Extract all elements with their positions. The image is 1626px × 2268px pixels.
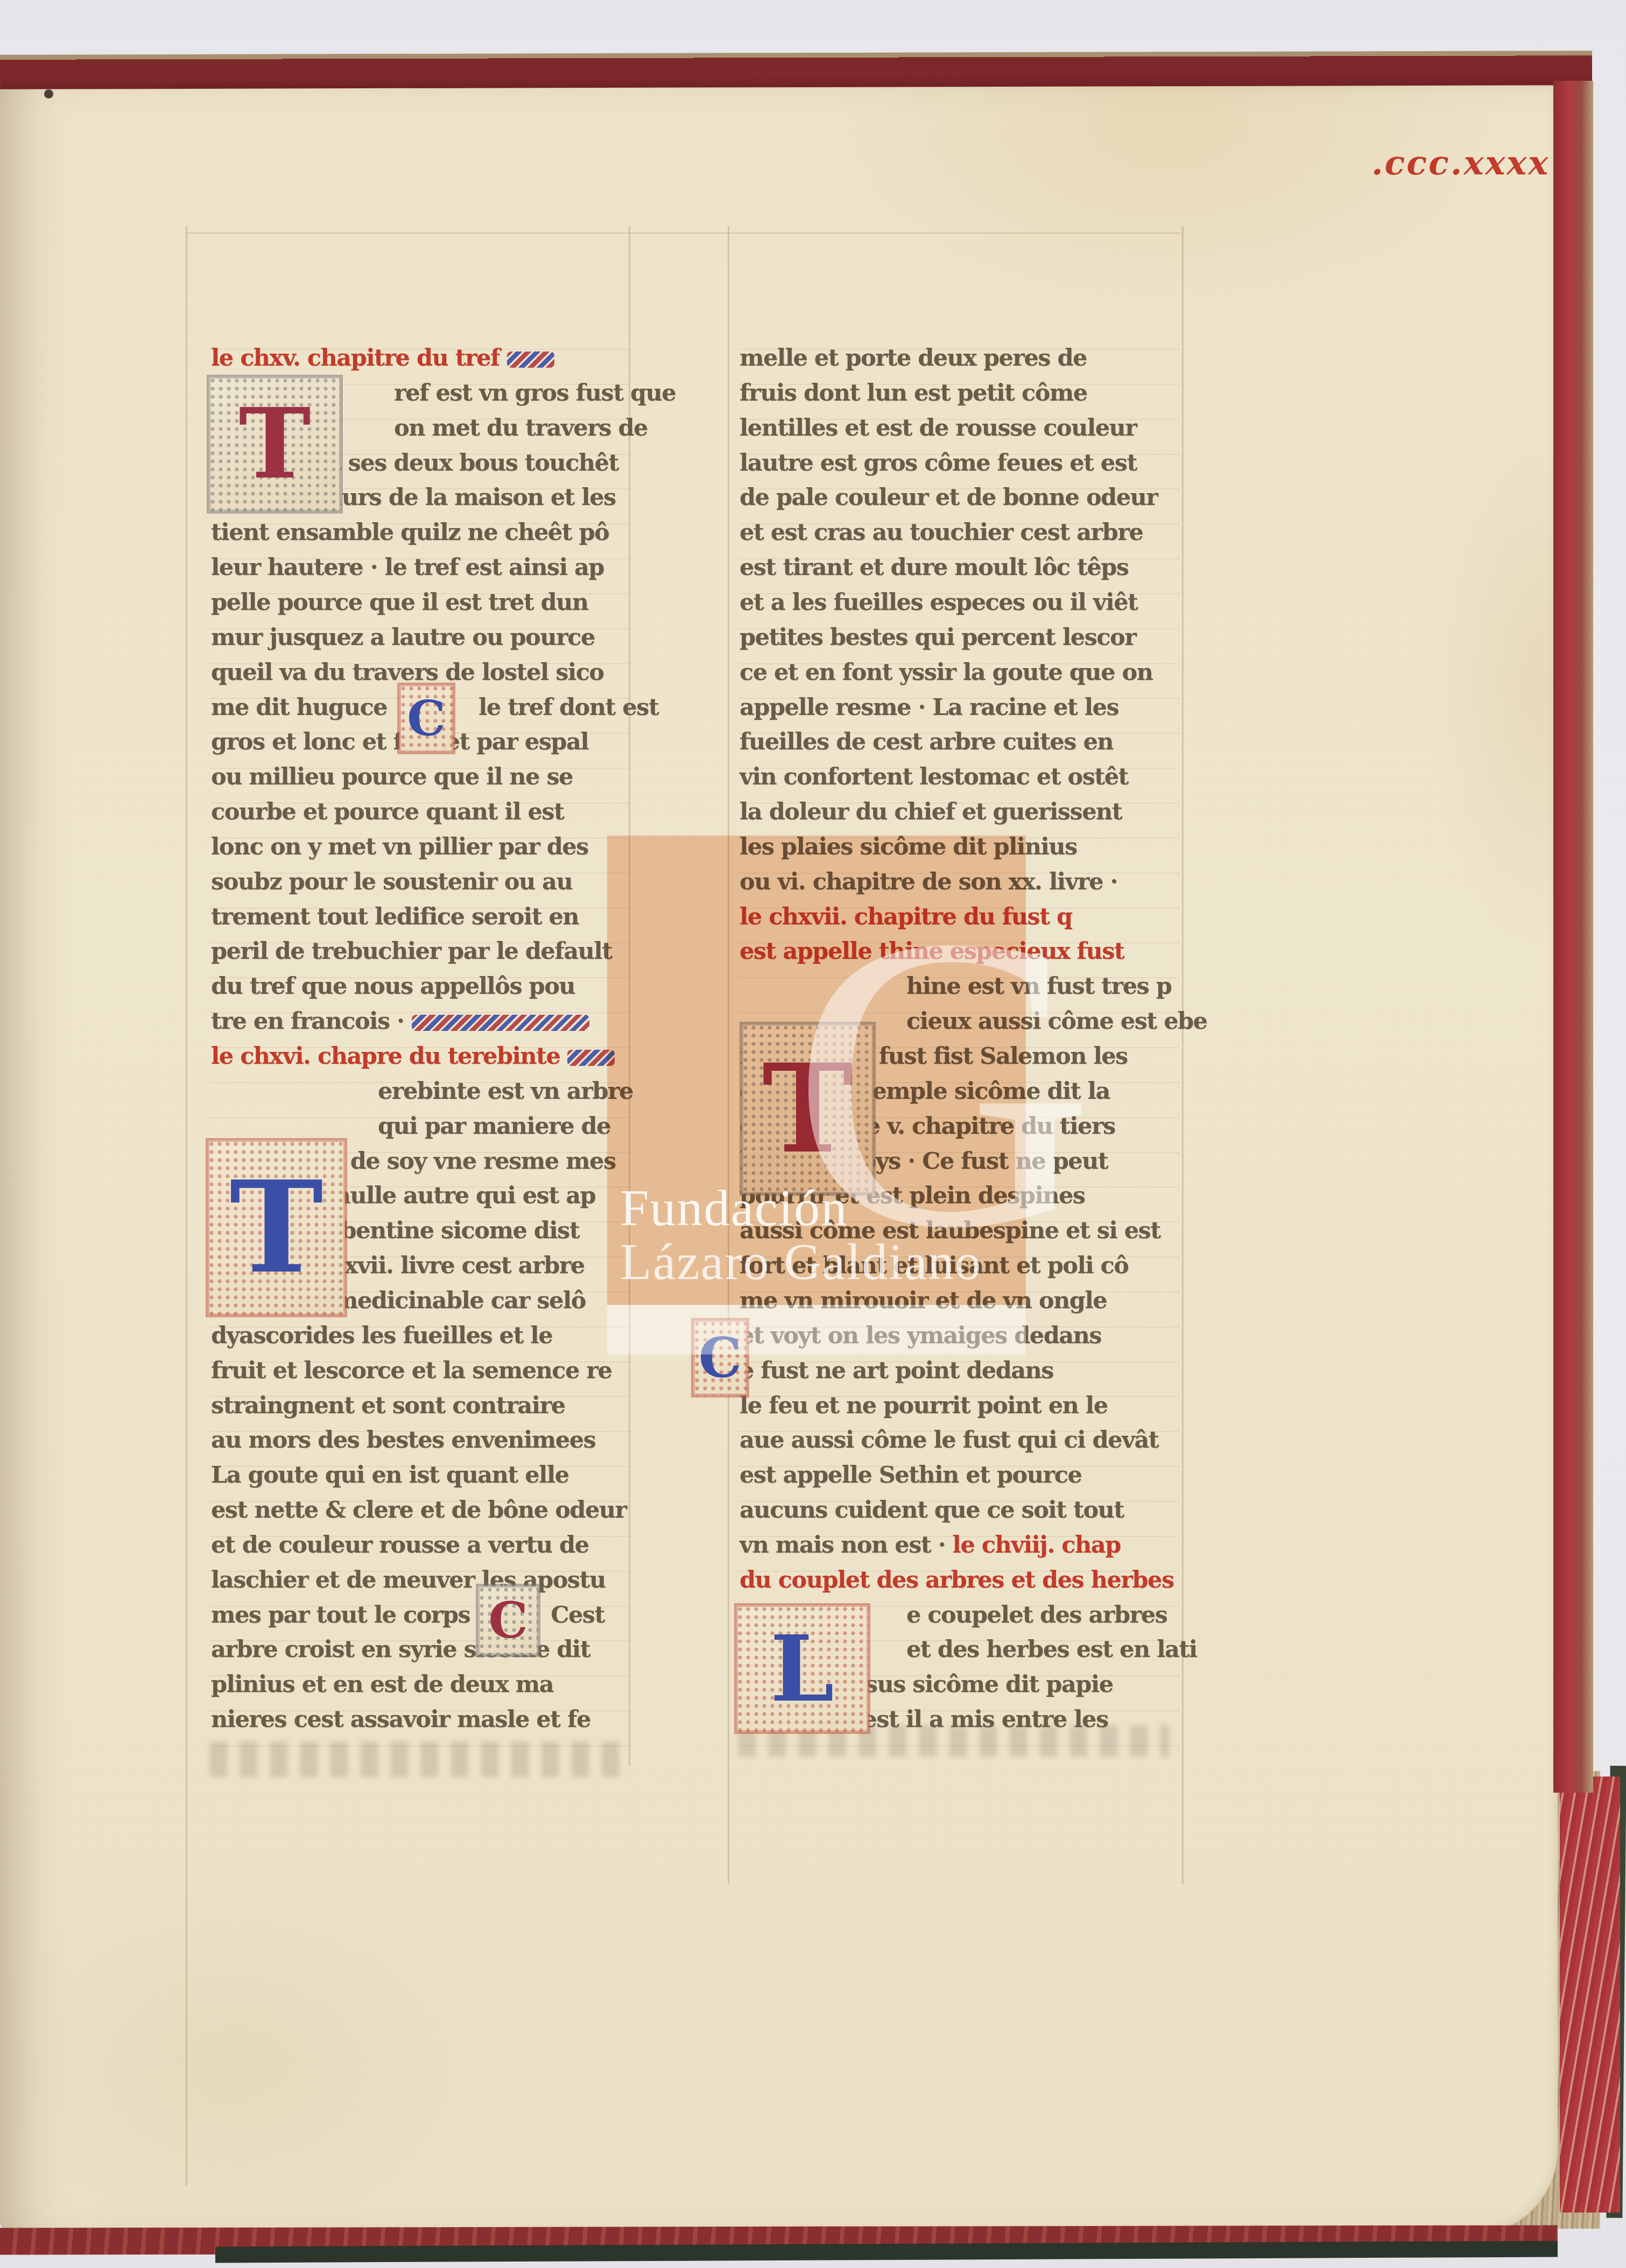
ruling-vertical-left bbox=[186, 226, 187, 2186]
text-line: fruis dont lun est petit côme bbox=[740, 380, 1087, 415]
velvet-binding-bottom-right bbox=[1560, 1777, 1620, 2213]
rubric-text: le chviij. chap bbox=[953, 1532, 1121, 1558]
text-line: straingnent et sont contraire bbox=[211, 1392, 565, 1427]
velvet-binding-right bbox=[1553, 81, 1593, 1793]
text-line: tre en francois · bbox=[211, 1008, 589, 1043]
text-line: laschier et de meuver les apostu bbox=[211, 1567, 606, 1602]
body-text: mur jusquez a lautre ou pource bbox=[211, 624, 595, 651]
text-line: petites bestes qui percent lescor bbox=[740, 624, 1136, 659]
text-line: pelle pource que il est tret dun bbox=[211, 589, 588, 624]
velvet-binding-top bbox=[0, 51, 1592, 89]
text-line: lentilles et est de rousse couleur bbox=[740, 415, 1136, 450]
text-line: aue aussi côme le fust qui ci devât bbox=[740, 1427, 1158, 1462]
initial-T-tref: T bbox=[209, 377, 341, 511]
body-text: pelle pource que il est tret dun bbox=[211, 589, 588, 616]
text-line: dyascorides les fueilles et le bbox=[211, 1322, 552, 1357]
body-text: aue aussi côme le fust qui ci devât bbox=[740, 1427, 1158, 1454]
body-text: est tirant et dure moult lôc têps bbox=[740, 554, 1128, 581]
body-text: La goute qui en ist quant elle bbox=[211, 1462, 569, 1488]
watermark-text-line2: Lázaro Galdiano bbox=[620, 1232, 982, 1291]
text-line: erebinte est vn arbre bbox=[211, 1078, 633, 1113]
body-text: vn mais non est · bbox=[740, 1532, 953, 1558]
body-text: ref est vn gros fust que bbox=[394, 380, 675, 406]
text-line: leur hautere · le tref est ainsi ap bbox=[211, 554, 604, 589]
text-line: nieres cest assavoir masle et fe bbox=[211, 1706, 590, 1741]
body-text: courbe et pource quant il est bbox=[211, 798, 564, 825]
body-text: de pale couleur et de bonne odeur bbox=[740, 484, 1157, 511]
body-text: lentilles et est de rousse couleur bbox=[740, 415, 1136, 441]
text-line: est nette & clere et de bône odeur bbox=[211, 1497, 627, 1532]
text-line: appelle resme · La racine et les bbox=[740, 694, 1118, 729]
body-text: dyascorides les fueilles et le bbox=[211, 1322, 552, 1349]
body-text: appelle resme · La racine et les bbox=[740, 694, 1118, 721]
body-text: queil va du travers de lostel sico bbox=[211, 659, 604, 686]
folio-number: .ccc.xxxx bbox=[1371, 143, 1550, 182]
body-text: straingnent et sont contraire bbox=[211, 1392, 565, 1419]
text-line: tient ensamble quilz ne cheêt pô bbox=[211, 519, 609, 554]
text-line: trement tout ledifice seroit en bbox=[211, 903, 579, 938]
line-filler-ornament bbox=[412, 1015, 589, 1031]
text-line: aucuns cuident que ce soit tout bbox=[740, 1497, 1124, 1532]
body-text: est appelle Sethin et pource bbox=[740, 1462, 1081, 1488]
text-line: et est cras au touchier cest arbre bbox=[740, 519, 1143, 554]
rubric-text: du couplet des arbres et des herbes bbox=[740, 1567, 1174, 1593]
text-line: ce et en font yssir la goute que on bbox=[740, 659, 1152, 694]
ruling-horizontal-top bbox=[186, 233, 1182, 234]
text-line: plinius et en est de deux ma bbox=[211, 1671, 553, 1706]
body-text: au mors des bestes envenimees bbox=[211, 1427, 595, 1454]
text-line: La goute qui en ist quant elle bbox=[211, 1462, 569, 1497]
body-text: fruis dont lun est petit côme bbox=[740, 380, 1087, 406]
text-line: lautre est gros côme feues et est bbox=[740, 450, 1137, 485]
body-text: tient ensamble quilz ne cheêt pô bbox=[211, 519, 609, 546]
body-text: ou millieu pource que il ne se bbox=[211, 763, 573, 790]
ink-speck bbox=[44, 89, 53, 99]
body-text: erebinte est vn arbre bbox=[378, 1078, 633, 1105]
body-text: trement tout ledifice seroit en bbox=[211, 903, 579, 930]
text-line: la doleur du chief et guerissent bbox=[740, 798, 1122, 833]
body-text: le feu et ne pourrit point en le bbox=[740, 1392, 1107, 1419]
body-text: est nette & clere et de bône odeur bbox=[211, 1497, 627, 1523]
text-line: est appelle Sethin et pource bbox=[740, 1462, 1081, 1497]
text-line: vin confortent lestomac et ostêt bbox=[740, 763, 1128, 798]
text-line: ou millieu pource que il ne se bbox=[211, 763, 573, 798]
body-text: lautre est gros côme feues et est bbox=[740, 450, 1137, 476]
text-line: mes par tout le corpsCest bbox=[211, 1602, 604, 1637]
rubric-text: le chxvi. chapre du terebinte bbox=[211, 1043, 560, 1070]
initial-L-couplet: L bbox=[736, 1605, 868, 1732]
text-line: soubz pour le soustenir ou au bbox=[211, 868, 572, 903]
text-line: au mors des bestes envenimees bbox=[211, 1427, 595, 1462]
text-line: fueilles de cest arbre cuites en bbox=[740, 728, 1113, 763]
text-line: mur jusquez a lautre ou pource bbox=[211, 624, 595, 659]
body-text: lonc on y met vn pillier par des bbox=[211, 833, 588, 860]
text-line: peril de trebuchier par le default bbox=[211, 938, 612, 973]
body-text: qui par maniere de bbox=[378, 1113, 610, 1140]
body-text: laschier et de meuver les apostu bbox=[211, 1567, 606, 1593]
body-text: on met du travers de bbox=[394, 415, 647, 441]
body-text: vin confortent lestomac et ostêt bbox=[740, 763, 1128, 790]
text-line: du couplet des arbres et des herbes bbox=[740, 1567, 1174, 1602]
text-line: et de couleur rousse a vertu de bbox=[211, 1532, 589, 1567]
ruling-vertical-right bbox=[1182, 226, 1184, 1884]
body-text: ce et en font yssir la goute que on bbox=[740, 659, 1152, 686]
watermark-text-line1: Fundación bbox=[620, 1178, 848, 1238]
body-text: e coupelet des arbres bbox=[906, 1602, 1167, 1628]
body-text: peril de trebuchier par le default bbox=[211, 938, 612, 965]
show-through-text bbox=[210, 1742, 630, 1777]
initial-C-letref: C bbox=[399, 685, 453, 752]
body-text: fruit et lescorce et la semence re bbox=[211, 1357, 611, 1384]
text-line: le feu et ne pourrit point en le bbox=[740, 1392, 1107, 1427]
body-text: du tref que nous appellôs pou bbox=[211, 973, 575, 1000]
line-filler-ornament bbox=[507, 352, 554, 368]
body-text: leur hautere · le tref est ainsi ap bbox=[211, 554, 604, 581]
body-text: nieres cest assavoir masle et fe bbox=[211, 1706, 590, 1733]
text-line: vn mais non est · le chviij. chap bbox=[740, 1532, 1121, 1567]
body-text: tre en francois · bbox=[211, 1008, 404, 1035]
manuscript-photo: .ccc.xxxx le chxv. chapitre du trefref e… bbox=[0, 0, 1626, 2268]
text-line: le chxv. chapitre du tref bbox=[211, 345, 554, 380]
body-text: la doleur du chief et guerissent bbox=[740, 798, 1122, 825]
text-line: melle et porte deux peres de bbox=[740, 345, 1087, 380]
body-text: soubz pour le soustenir ou au bbox=[211, 868, 572, 895]
body-text: fueilles de cest arbre cuites en bbox=[740, 728, 1113, 755]
text-line: de pale couleur et de bonne odeur bbox=[740, 484, 1157, 519]
body-text: plinius et en est de deux ma bbox=[211, 1671, 553, 1698]
rubric-text: le chxv. chapitre du tref bbox=[211, 345, 499, 371]
body-text: et des herbes est en lati bbox=[906, 1636, 1197, 1663]
body-text: aucuns cuident que ce soit tout bbox=[740, 1497, 1124, 1523]
body-text: et a les fueilles especes ou il viêt bbox=[740, 589, 1137, 616]
body-text: et de couleur rousse a vertu de bbox=[211, 1532, 589, 1558]
body-text: mes par tout le corps bbox=[211, 1602, 470, 1628]
text-line: lonc on y met vn pillier par des bbox=[211, 833, 588, 868]
text-line: du tref que nous appellôs pou bbox=[211, 973, 575, 1008]
text-line: e fust ne art point dedans bbox=[740, 1357, 1053, 1392]
text-line: le chxvi. chapre du terebinte bbox=[211, 1043, 615, 1078]
text-line: est tirant et dure moult lôc têps bbox=[740, 554, 1128, 589]
initial-C-cest: C bbox=[478, 1586, 538, 1655]
body-text: et est cras au touchier cest arbre bbox=[740, 519, 1143, 546]
body-text: melle et porte deux peres de bbox=[740, 345, 1087, 371]
text-line: courbe et pource quant il est bbox=[211, 798, 564, 833]
body-text: le tref dont est bbox=[478, 694, 658, 721]
body-text: petites bestes qui percent lescor bbox=[740, 624, 1136, 651]
text-line: fruit et lescorce et la semence re bbox=[211, 1357, 611, 1392]
text-line: et a les fueilles especes ou il viêt bbox=[740, 589, 1137, 624]
initial-T-terebinte: T bbox=[208, 1140, 345, 1315]
body-text: me dit huguce bbox=[211, 694, 387, 721]
body-text: e fust ne art point dedans bbox=[740, 1357, 1053, 1384]
body-text: Cest bbox=[551, 1602, 604, 1628]
